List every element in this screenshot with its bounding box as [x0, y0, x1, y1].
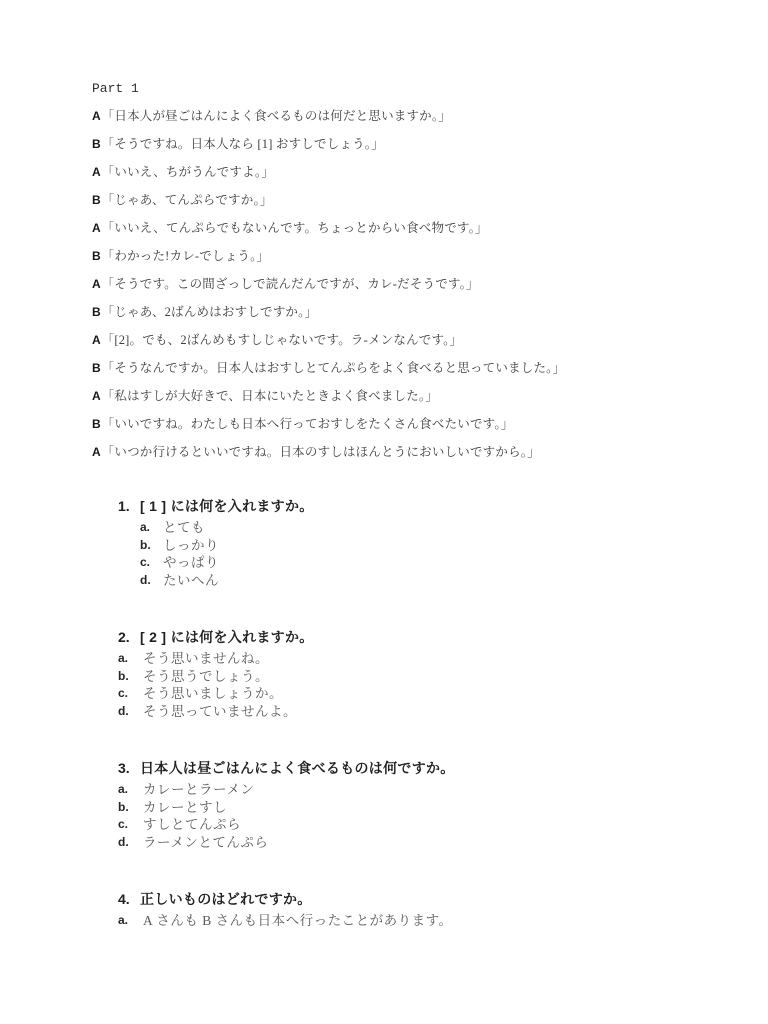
options-list: a.とても b.しっかり c.やっぱり d.たいへん: [118, 519, 728, 589]
dialogue-line: B「そうですね。日本人なら [1] おすしでしょう。」: [92, 130, 728, 158]
question-head: 2. [ 2 ] には何を入れますか。: [118, 627, 728, 647]
speaker-label: A: [92, 277, 101, 291]
dialogue-line: A「そうです。この間ざっしで読んだんですが、カレ-だそうです。」: [92, 270, 728, 298]
question-1: 1. [ 1 ] には何を入れますか。 a.とても b.しっかり c.やっぱり …: [92, 496, 728, 589]
option-text: そう思うでしょう。: [143, 668, 269, 686]
option-text: しっかり: [163, 537, 219, 555]
speaker-label: B: [92, 137, 101, 151]
speaker-label: B: [92, 417, 101, 431]
dialogue-line: B「わかった!カレ-でしょう。」: [92, 242, 728, 270]
options-list: a.A さんも B さんも日本へ行ったことがあります。: [118, 912, 728, 930]
question-number: 2.: [118, 627, 140, 647]
question-number: 3.: [118, 758, 140, 778]
dialogue-text: 「[2]。でも、2ばんめもすしじゃないです。ラ-メンなんです。」: [102, 333, 463, 347]
dialogue-text: 「いいえ、ちがうんですよ。」: [102, 165, 274, 179]
dialogue-line: A「日本人が昼ごはんによく食べるものは何だと思いますか。」: [92, 102, 728, 130]
dialogue-line: B「いいですね。わたしも日本へ行っておすしをたくさん食べたいです。」: [92, 410, 728, 438]
dialogue-text: 「じゃあ、2ばんめはおすしですか。」: [102, 305, 318, 319]
option-row: c.そう思いましょうか。: [118, 685, 728, 703]
option-row: a.そう思いませんね。: [118, 650, 728, 668]
option-text: とても: [163, 519, 205, 537]
question-4: 4. 正しいものはどれですか。 a.A さんも B さんも日本へ行ったことがあり…: [92, 889, 728, 930]
dialogue-line: B「そうなんですか。日本人はおすしとてんぷらをよく食べると思っていました。」: [92, 354, 728, 382]
options-list: a.カレーとラーメン b.カレーとすし c.すしとてんぷら d.ラーメンとてんぷ…: [118, 781, 728, 851]
question-3: 3. 日本人は昼ごはんによく食べるものは何ですか。 a.カレーとラーメン b.カ…: [92, 758, 728, 851]
option-row: d.そう思っていませんよ。: [118, 703, 728, 721]
dialogue-text: 「そうですね。日本人なら [1] おすしでしょう。」: [102, 137, 384, 151]
dialogue-line: B「じゃあ、2ばんめはおすしですか。」: [92, 298, 728, 326]
dialogue-text: 「いいえ、てんぷらでもないんです。ちょっとからい食べ物です。」: [102, 221, 488, 235]
question-2: 2. [ 2 ] には何を入れますか。 a.そう思いませんね。 b.そう思うでし…: [92, 627, 728, 720]
option-text: やっぱり: [163, 554, 219, 572]
dialogue-line: A「いいえ、てんぷらでもないんです。ちょっとからい食べ物です。」: [92, 214, 728, 242]
question-stem: 正しいものはどれですか。: [140, 889, 312, 909]
question-number: 1.: [118, 496, 140, 516]
option-text: たいへん: [163, 572, 219, 590]
option-text: カレーとラーメン: [143, 781, 254, 799]
question-stem: [ 2 ] には何を入れますか。: [140, 627, 314, 647]
option-letter: a.: [140, 519, 163, 537]
dialogue-line: A「私はすしが大好きで、日本にいたときよく食べました。」: [92, 382, 728, 410]
dialogue-text: 「いつか行けるといいですね。日本のすしはほんとうにおいしいですから。」: [102, 445, 540, 459]
option-row: b.そう思うでしょう。: [118, 668, 728, 686]
option-letter: c.: [118, 816, 143, 834]
dialogue-text: 「そうなんですか。日本人はおすしとてんぷらをよく食べると思っていました。」: [102, 361, 566, 375]
option-row: b.カレーとすし: [118, 799, 728, 817]
speaker-label: A: [92, 109, 101, 123]
option-row: b.しっかり: [140, 537, 728, 555]
option-letter: d.: [118, 703, 143, 721]
option-letter: d.: [118, 834, 143, 852]
option-letter: b.: [118, 668, 143, 686]
dialogue-text: 「じゃあ、てんぷらですか。」: [102, 193, 273, 207]
dialogue-text: 「日本人が昼ごはんによく食べるものは何だと思いますか。」: [102, 109, 451, 123]
option-row: d.ラーメンとてんぷら: [118, 834, 728, 852]
options-list: a.そう思いませんね。 b.そう思うでしょう。 c.そう思いましょうか。 d.そ…: [118, 650, 728, 720]
option-text: A さんも B さんも日本へ行ったことがあります。: [143, 912, 453, 930]
questions-section: 1. [ 1 ] には何を入れますか。 a.とても b.しっかり c.やっぱり …: [92, 496, 728, 930]
question-stem: [ 1 ] には何を入れますか。: [140, 496, 314, 516]
speaker-label: B: [92, 193, 101, 207]
dialogue-line: B「じゃあ、てんぷらですか。」: [92, 186, 728, 214]
speaker-label: A: [92, 389, 101, 403]
question-number: 4.: [118, 889, 140, 909]
option-letter: a.: [118, 912, 143, 930]
speaker-label: B: [92, 361, 101, 375]
option-row: c.やっぱり: [140, 554, 728, 572]
speaker-label: A: [92, 165, 101, 179]
option-letter: b.: [118, 799, 143, 817]
speaker-label: B: [92, 305, 101, 319]
dialogue-line: A「[2]。でも、2ばんめもすしじゃないです。ラ-メンなんです。」: [92, 326, 728, 354]
speaker-label: A: [92, 333, 101, 347]
dialogue-line: A「いつか行けるといいですね。日本のすしはほんとうにおいしいですから。」: [92, 438, 728, 466]
option-row: a.とても: [140, 519, 728, 537]
option-row: a.カレーとラーメン: [118, 781, 728, 799]
question-head: 3. 日本人は昼ごはんによく食べるものは何ですか。: [118, 758, 728, 778]
option-text: すしとてんぷら: [143, 816, 241, 834]
speaker-label: A: [92, 221, 101, 235]
speaker-label: B: [92, 249, 101, 263]
option-letter: a.: [118, 650, 143, 668]
document-page: Part 1 A「日本人が昼ごはんによく食べるものは何だと思いますか。」 B「そ…: [0, 0, 768, 1024]
dialogue-section: A「日本人が昼ごはんによく食べるものは何だと思いますか。」 B「そうですね。日本…: [92, 102, 728, 466]
question-head: 1. [ 1 ] には何を入れますか。: [118, 496, 728, 516]
option-row: d.たいへん: [140, 572, 728, 590]
question-head: 4. 正しいものはどれですか。: [118, 889, 728, 909]
dialogue-text: 「私はすしが大好きで、日本にいたときよく食べました。」: [102, 389, 438, 403]
option-text: そう思いましょうか。: [143, 685, 283, 703]
option-text: カレーとすし: [143, 799, 227, 817]
dialogue-text: 「わかった!カレ-でしょう。」: [102, 249, 270, 263]
option-letter: c.: [118, 685, 143, 703]
dialogue-text: 「そうです。この間ざっしで読んだんですが、カレ-だそうです。」: [102, 277, 479, 291]
option-letter: a.: [118, 781, 143, 799]
option-letter: d.: [140, 572, 163, 590]
option-letter: b.: [140, 537, 163, 555]
option-text: ラーメンとてんぷら: [143, 834, 268, 852]
dialogue-text: 「いいですね。わたしも日本へ行っておすしをたくさん食べたいです。」: [102, 417, 514, 431]
option-row: a.A さんも B さんも日本へ行ったことがあります。: [118, 912, 728, 930]
question-stem: 日本人は昼ごはんによく食べるものは何ですか。: [140, 758, 455, 778]
dialogue-line: A「いいえ、ちがうんですよ。」: [92, 158, 728, 186]
part-title: Part 1: [92, 82, 728, 96]
speaker-label: A: [92, 445, 101, 459]
option-row: c.すしとてんぷら: [118, 816, 728, 834]
option-letter: c.: [140, 554, 163, 572]
option-text: そう思いませんね。: [143, 650, 269, 668]
option-text: そう思っていませんよ。: [143, 703, 297, 721]
